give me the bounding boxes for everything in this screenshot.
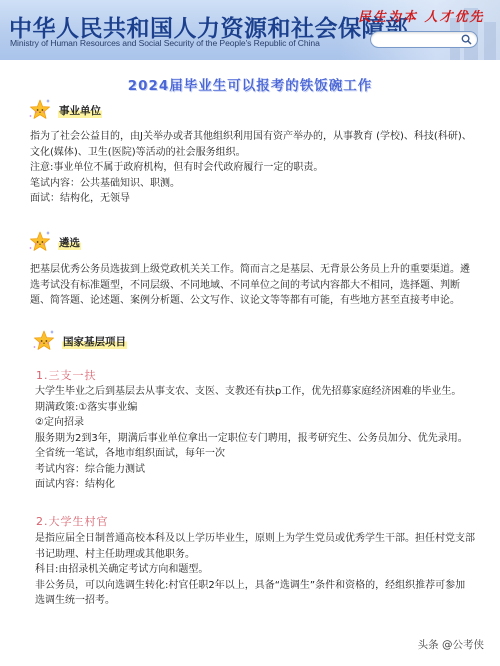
site-banner: 中华人民共和国人力资源和社会保障部 Ministry of Human Reso… <box>0 0 500 60</box>
paragraph-line: 题、简答题、论述题、案例分析题、公文写作、议论文等等都有可能，有些地方甚至直接考… <box>30 293 470 309</box>
paragraph-line: 大学生毕业之后到基层去从事支农、支医、支教还有扶p工作，优先招募家庭经济困难的毕… <box>35 384 468 400</box>
paragraph-line: 是指应届全日制普通高校本科及以上学历毕业生，原则上为学生党员或优秀学生干部。担任… <box>35 531 475 547</box>
subheading-sanzhiyifu: 1.三支一扶 <box>36 367 97 383</box>
search-input[interactable] <box>370 31 478 48</box>
section-label: 国家基层项目 <box>62 334 127 349</box>
paragraph-line: 文化(媒体)、卫生(医院)等活动的社会服务组织。 <box>30 145 472 161</box>
section-heading-jiceng: 国家基层项目 <box>32 329 127 353</box>
paragraph-line: 笔试内容：公共基础知识、职测。 <box>30 176 472 192</box>
paragraph-line: 指为了社会公益目的，由J关举办或者其他组织利用国有资产举办的，从事教育 (学校)… <box>30 129 472 145</box>
ministry-subtitle: Ministry of Human Resources and Social S… <box>10 38 320 48</box>
section-label: 遴选 <box>58 235 81 250</box>
star-face-icon <box>28 230 52 254</box>
paragraph-line: 考试内容：综合能力测试 <box>35 462 468 478</box>
paragraph-line: 面试内容：结构化 <box>35 477 468 493</box>
slogan: 民生为本 人才优先 <box>358 6 485 25</box>
paragraph-line: 选调生统一招考。 <box>35 593 475 609</box>
section-heading-linxuan: 遴选 <box>28 230 81 254</box>
paragraph-line: 期满政策:①落实事业编 <box>35 400 468 416</box>
paragraph-line: 注意:事业单位不属于政府机构，但有时会代政府履行一定的职责。 <box>30 160 472 176</box>
section-body-shiye: 指为了社会公益目的，由J关举办或者其他组织利用国有资产举办的，从事教育 (学校)… <box>30 129 472 207</box>
subsection-body-sanzhiyifu: 大学生毕业之后到基层去从事支农、支医、支教还有扶p工作，优先招募家庭经济困难的毕… <box>35 384 468 493</box>
document-title: 2024届毕业生可以报考的铁饭碗工作 <box>0 74 500 94</box>
subheading-cunguan: 2.大学生村官 <box>36 513 109 529</box>
section-heading-shiye: 事业单位 <box>28 98 102 122</box>
building-decoration <box>484 22 496 60</box>
paragraph-line: 科目:由招录机关确定考试方向和题型。 <box>35 562 475 578</box>
section-label: 事业单位 <box>58 103 102 118</box>
paragraph-line: 面试：结构化，无领导 <box>30 191 472 207</box>
paragraph-line: 书记助理、村主任助理或其他职务。 <box>35 547 475 563</box>
search-icon[interactable] <box>461 34 472 45</box>
paragraph-line: 全省统一笔试，各地市组织面试，每年一次 <box>35 446 468 462</box>
subsection-body-cunguan: 是指应届全日制普通高校本科及以上学历毕业生，原则上为学生党员或优秀学生干部。担任… <box>35 531 475 609</box>
paragraph-line: 非公务员，可以向选调生转化:村官任职2年以上，具备“选调生”条件和资格的，经组织… <box>35 578 475 594</box>
paragraph-line: ②定向招录 <box>35 415 468 431</box>
paragraph-line: 服务期为2到3年，期满后事业单位拿出一定职位专门聘用，报考研究生、公务员加分、优… <box>35 431 468 447</box>
star-face-icon <box>32 329 56 353</box>
star-face-icon <box>28 98 52 122</box>
paragraph-line: 把基层优秀公务员选拔到上级党政机关关工作。简而言之是基层、无背景公务员上升的重要… <box>30 262 470 278</box>
watermark: 头条 @公考侠 <box>418 637 484 652</box>
section-body-linxuan: 把基层优秀公务员选拔到上级党政机关关工作。简而言之是基层、无背景公务员上升的重要… <box>30 262 470 309</box>
paragraph-line: 选考试没有标准题型，不同层级、不同地域、不同单位之间的考试内容都大不相同，选择题… <box>30 278 470 294</box>
